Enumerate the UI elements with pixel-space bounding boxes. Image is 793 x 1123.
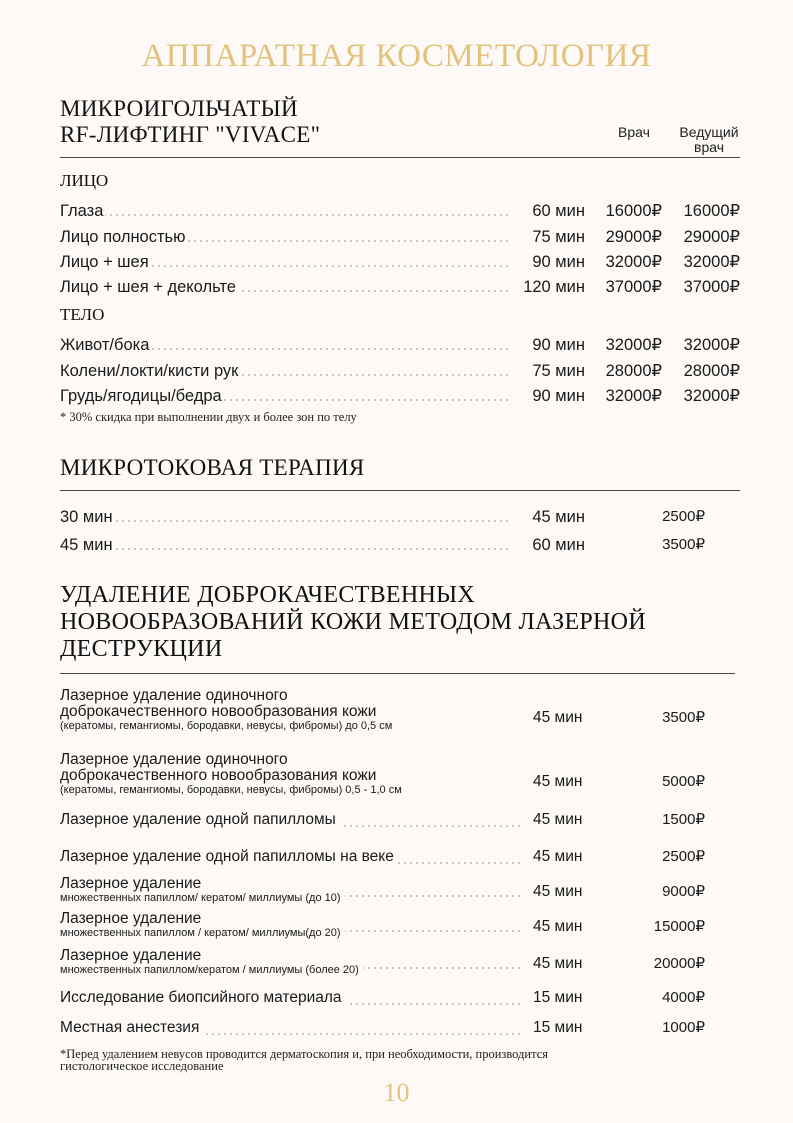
price-row: Живот/бока90 мин32000₽32000₽ <box>60 334 740 356</box>
divider <box>60 157 740 158</box>
page-title: АППАРАТНАЯ КОСМЕТОЛОГИЯ <box>0 38 793 75</box>
price: 5000₽ <box>662 774 705 790</box>
service-description: Лазерное удалениемножественных папиллом/… <box>60 948 363 976</box>
service-name: Глаза <box>60 200 105 222</box>
col-header-lead-doctor: Ведущий врач <box>666 125 752 155</box>
duration: 75 мин <box>529 226 585 248</box>
price-row: Колени/локти/кисти рук75 мин28000₽28000₽ <box>60 360 740 382</box>
service-line1: Лазерное удаление одиночного <box>60 752 402 768</box>
price-doctor: 37000₽ <box>606 276 662 298</box>
page-number: 10 <box>0 1078 793 1108</box>
duration: 45 мин <box>529 774 582 790</box>
service-line1: Исследование биопсийного материала <box>60 990 342 1006</box>
laser-row: Местная анестезия15 мин1000₽ <box>60 1020 705 1036</box>
duration: 60 мин <box>529 534 585 556</box>
service-name: Лицо полностью <box>60 226 188 248</box>
laser-note: *Перед удалением невусов проводится дерм… <box>60 1048 548 1072</box>
divider <box>60 673 735 674</box>
service-details: (кератомы, гемангиомы, бородавки, невусы… <box>60 720 392 732</box>
service-name: Колени/локти/кисти рук <box>60 360 240 382</box>
price-row: Лицо + шея90 мин32000₽32000₽ <box>60 251 740 273</box>
price-row: 45 мин60 мин3500₽ <box>60 534 705 556</box>
laser-section-title: УДАЛЕНИЕ ДОБРОКАЧЕСТВЕННЫХ НОВООБРАЗОВАН… <box>60 582 646 663</box>
price-lead-doctor: 32000₽ <box>684 334 740 356</box>
service-details: множественных папиллом/ кератом/ миллиум… <box>60 892 341 904</box>
duration: 45 мин <box>529 956 582 972</box>
col-header-lead-2: врач <box>666 140 752 155</box>
laser-title-line2: НОВООБРАЗОВАНИЙ КОЖИ МЕТОДОМ ЛАЗЕРНОЙ <box>60 609 646 636</box>
service-line1: Лазерное удаление одной папилломы на век… <box>60 849 394 865</box>
laser-row: Лазерное удаление одной папилломы на век… <box>60 849 705 865</box>
price-lead-doctor: 32000₽ <box>684 385 740 407</box>
price: 1000₽ <box>662 1020 705 1036</box>
price-lead-doctor: 16000₽ <box>684 200 740 222</box>
price-doctor: 32000₽ <box>606 385 662 407</box>
price: 20000₽ <box>654 956 705 972</box>
duration: 90 мин <box>529 385 585 407</box>
service-description: Местная анестезия <box>60 1020 203 1036</box>
price-lead-doctor: 37000₽ <box>684 276 740 298</box>
service-name: Грудь/ягодицы/бедра <box>60 385 224 407</box>
laser-title-line1: УДАЛЕНИЕ ДОБРОКАЧЕСТВЕННЫХ <box>60 582 646 609</box>
price-lead-doctor: 29000₽ <box>684 226 740 248</box>
duration: 45 мин <box>529 849 582 865</box>
service-line1: Местная анестезия <box>60 1020 199 1036</box>
laser-row: Лазерное удаление одиночногодоброкачеств… <box>60 752 705 797</box>
dot-leader <box>60 548 512 550</box>
laser-row: Лазерное удалениемножественных папиллом … <box>60 911 705 940</box>
service-name: 30 мин <box>60 506 115 528</box>
dot-leader <box>60 214 512 216</box>
service-description: Лазерное удаление одной папилломы <box>60 812 340 828</box>
divider <box>60 490 740 491</box>
price: 3500₽ <box>662 710 705 726</box>
price: 3500₽ <box>662 534 705 556</box>
duration: 45 мин <box>529 812 582 828</box>
service-description: Исследование биопсийного материала <box>60 990 346 1006</box>
service-details: (кератомы, гемангиомы, бородавки, невусы… <box>60 784 402 796</box>
service-description: Лазерное удаление одиночногодоброкачеств… <box>60 688 396 732</box>
dot-leader <box>60 520 512 522</box>
price-doctor: 32000₽ <box>606 334 662 356</box>
price: 15000₽ <box>654 919 705 935</box>
service-line2: доброкачественного новообразования кожи <box>60 768 402 784</box>
duration: 90 мин <box>529 251 585 273</box>
price-row: 30 мин45 мин2500₽ <box>60 506 705 528</box>
rf-title-line1: МИКРОИГОЛЬЧАТЫЙ <box>60 96 320 122</box>
laser-note-line2: гистологическое исследование <box>60 1060 548 1072</box>
duration: 45 мин <box>529 506 585 528</box>
service-description: Лазерное удаление одиночногодоброкачеств… <box>60 752 406 796</box>
duration: 60 мин <box>529 200 585 222</box>
duration: 75 мин <box>529 360 585 382</box>
service-line1: Лазерное удаление одной папилломы <box>60 812 336 828</box>
price: 1500₽ <box>662 812 705 828</box>
duration: 45 мин <box>529 710 582 726</box>
price-row: Лицо полностью75 мин29000₽29000₽ <box>60 226 740 248</box>
microcurrent-title: МИКРОТОКОВАЯ ТЕРАПИЯ <box>60 455 365 481</box>
duration: 45 мин <box>529 919 582 935</box>
price: 2500₽ <box>662 849 705 865</box>
price-lead-doctor: 32000₽ <box>684 251 740 273</box>
col-header-doctor: Врач <box>606 125 662 140</box>
discount-note: * 30% скидка при выполнении двух и более… <box>60 410 357 425</box>
duration: 15 мин <box>529 990 582 1006</box>
service-name: Лицо + шея + декольте <box>60 276 238 298</box>
face-subheading: ЛИЦО <box>60 171 108 191</box>
service-details: множественных папиллом/кератом / миллиум… <box>60 964 359 976</box>
price-lead-doctor: 28000₽ <box>684 360 740 382</box>
laser-row: Исследование биопсийного материала15 мин… <box>60 990 705 1006</box>
laser-row: Лазерное удаление одной папилломы45 мин1… <box>60 812 705 828</box>
laser-row: Лазерное удалениемножественных папиллом/… <box>60 948 705 977</box>
duration: 120 мин <box>520 276 585 298</box>
price: 4000₽ <box>662 990 705 1006</box>
price-row: Грудь/ягодицы/бедра90 мин32000₽32000₽ <box>60 385 740 407</box>
price: 2500₽ <box>662 506 705 528</box>
rf-title-line2: RF-ЛИФТИНГ "VIVACE" <box>60 122 320 148</box>
service-name: 45 мин <box>60 534 115 556</box>
service-name: Лицо + шея <box>60 251 151 273</box>
price-row: Лицо + шея + декольте120 мин37000₽37000₽ <box>60 276 740 298</box>
price: 9000₽ <box>662 884 705 900</box>
service-line2: доброкачественного новообразования кожи <box>60 704 392 720</box>
service-line1: Лазерное удаление <box>60 911 341 927</box>
rf-section-title: МИКРОИГОЛЬЧАТЫЙ RF-ЛИФТИНГ "VIVACE" <box>60 96 320 148</box>
duration: 90 мин <box>529 334 585 356</box>
price-doctor: 29000₽ <box>606 226 662 248</box>
service-description: Лазерное удалениемножественных папиллом … <box>60 911 345 939</box>
body-subheading: ТЕЛО <box>60 305 104 325</box>
service-description: Лазерное удалениемножественных папиллом/… <box>60 876 345 904</box>
service-details: множественных папиллом / кератом/ миллиу… <box>60 927 341 939</box>
price-doctor: 28000₽ <box>606 360 662 382</box>
laser-title-line3: ДЕСТРУКЦИИ <box>60 636 646 663</box>
service-line1: Лазерное удаление <box>60 876 341 892</box>
service-line1: Лазерное удаление одиночного <box>60 688 392 704</box>
price-doctor: 16000₽ <box>606 200 662 222</box>
duration: 15 мин <box>529 1020 582 1036</box>
laser-row: Лазерное удаление одиночногодоброкачеств… <box>60 688 705 733</box>
laser-row: Лазерное удалениемножественных папиллом/… <box>60 876 705 905</box>
col-header-lead-1: Ведущий <box>666 125 752 140</box>
service-name: Живот/бока <box>60 334 151 356</box>
service-line1: Лазерное удаление <box>60 948 359 964</box>
price-row: Глаза60 мин16000₽16000₽ <box>60 200 740 222</box>
price-doctor: 32000₽ <box>606 251 662 273</box>
duration: 45 мин <box>529 884 582 900</box>
service-description: Лазерное удаление одной папилломы на век… <box>60 849 398 865</box>
